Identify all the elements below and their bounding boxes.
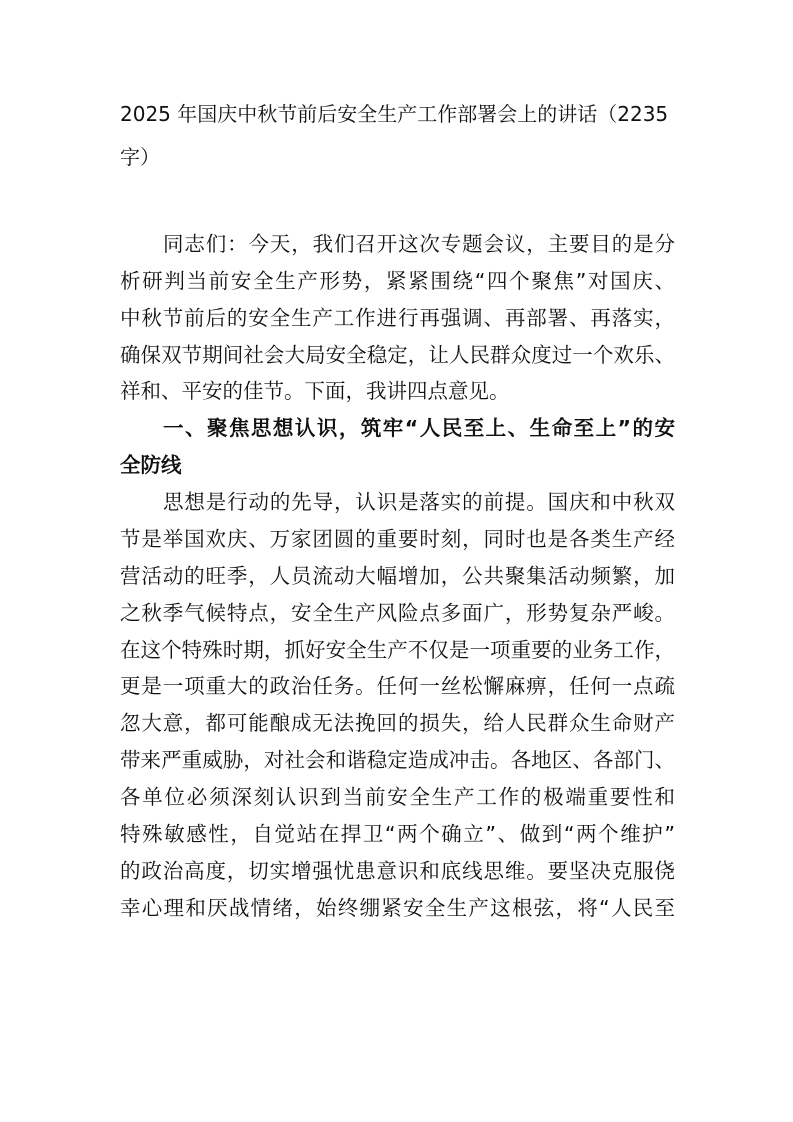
paragraph-1-line: 中秋节前后的安全生产工作进行再强调、再部署、再落实， (120, 304, 675, 332)
paragraph-2-line: 节是举国欢庆、万家团圆的重要时刻，同时也是各类生产经 (120, 525, 675, 553)
paragraph-2-line: 各单位必须深刻认识到当前安全生产工作的极端重要性和 (120, 783, 675, 811)
paragraph-2-line: 思想是行动的先导，认识是落实的前提。国庆和中秋双 (163, 488, 675, 516)
paragraph-2-line: 特殊敏感性，自觉站在捍卫“两个确立”、做到“两个维护” (120, 820, 675, 848)
document-title-line-1: 2025 年国庆中秋节前后安全生产工作部署会上的讲话（2235 (120, 100, 710, 128)
paragraph-2-line: 营活动的旺季，人员流动大幅增加，公共聚集活动频繁，加 (120, 562, 675, 590)
paragraph-1-line: 确保双节期间社会大局安全稳定，让人民群众度过一个欢乐、 (120, 341, 675, 369)
paragraph-2-line: 更是一项重大的政治任务。任何一丝松懈麻痹，任何一点疏 (120, 672, 675, 700)
paragraph-1-line: 析研判当前安全生产形势，紧紧围绕“四个聚焦”对国庆、 (120, 267, 675, 295)
paragraph-1-line: 祥和、平安的佳节。下面，我讲四点意见。 (120, 377, 675, 405)
paragraph-2-line: 的政治高度，切实增强忧患意识和底线思维。要坚决克服侥 (120, 857, 675, 885)
paragraph-2-line: 忽大意，都可能酿成无法挽回的损失，给人民群众生命财产 (120, 709, 675, 737)
paragraph-2-line: 带来严重威胁，对社会和谐稳定造成冲击。各地区、各部门、 (120, 746, 675, 774)
document-page: 2025 年国庆中秋节前后安全生产工作部署会上的讲话（2235 字） 同志们：今… (0, 0, 793, 1122)
paragraph-2-line: 幸心理和厌战情绪，始终绷紧安全生产这根弦，将“人民至 (120, 894, 675, 922)
section-heading-1-cont: 全防线 (120, 451, 675, 479)
paragraph-1-line: 同志们：今天，我们召开这次专题会议，主要目的是分 (163, 230, 675, 258)
paragraph-2-line: 在这个特殊时期，抓好安全生产不仅是一项重要的业务工作， (120, 636, 675, 664)
document-title-line-2: 字） (120, 143, 710, 171)
paragraph-2-line: 之秋季气候特点，安全生产风险点多面广，形势复杂严峻。 (120, 599, 675, 627)
section-heading-1: 一、聚焦思想认识，筑牢“人民至上、生命至上”的安 (163, 414, 675, 442)
